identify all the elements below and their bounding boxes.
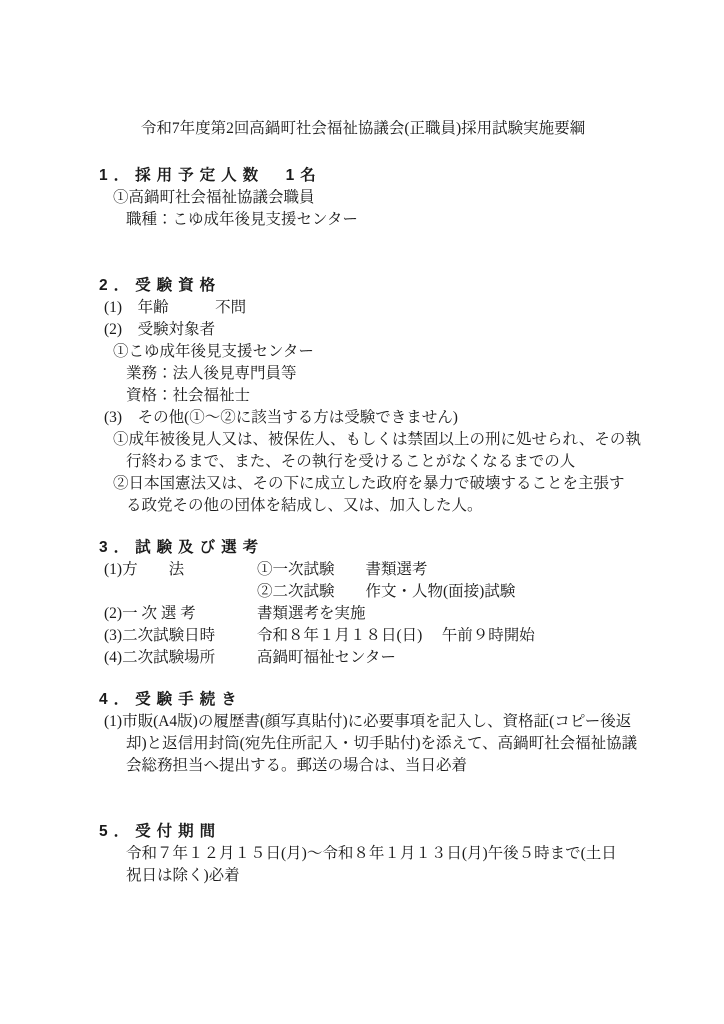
section-1-heading: 1．採用予定人数 1名 [99,165,706,187]
section-eligibility: 2．受験資格 (1) 年齢 不問 (2) 受験対象者 ①こゆ成年後見支援センター… [99,275,706,517]
section-2-heading: 2．受験資格 [99,275,706,297]
text-line: ①成年被後見人又は、被保佐人、もしくは禁固以上の刑に処せられ、その執 [99,429,706,451]
text-line: 行終わるまで、また、その執行を受けることがなくなるまでの人 [99,451,706,473]
exam-row-value: ①一次試験 書類選考 [257,559,428,581]
text-line: ②日本国憲法又は、その下に成立した政府を暴力で破壊することを主張す [99,473,706,495]
text-line: ①こゆ成年後見支援センター [99,341,706,363]
text-line: 令和７年１２月１５日(月)～令和８年１月１３日(月)午後５時まで(土日 [99,843,706,865]
exam-row-label [104,581,257,603]
text-line: (1)市販(A4版)の履歴書(顔写真貼付)に必要事項を記入し、資格証(コピー後返 [99,711,706,733]
exam-row-value: 高鍋町福祉センター [257,647,396,669]
text-line: 業務：法人後見専門員等 [99,363,706,385]
text-line: 職種：こゆ成年後見支援センター [99,209,706,231]
exam-row-label: (3)二次試験日時 [104,625,257,647]
exam-row: (4)二次試験場所 高鍋町福祉センター [99,647,706,669]
exam-row-label: (1)方 法 [104,559,257,581]
document-page: 令和7年度第2回高鍋町社会福祉協議会(正職員)採用試験実施要綱 1．採用予定人数… [0,0,724,1024]
document-title: 令和7年度第2回高鍋町社会福祉協議会(正職員)採用試験実施要綱 [99,118,627,140]
text-line: る政党その他の団体を結成し、又は、加入した人。 [99,495,706,517]
text-line: (1) 年齢 不問 [99,297,706,319]
text-line: 会総務担当へ提出する。郵送の場合は、当日必着 [99,755,706,777]
section-5-heading: 5．受付期間 [99,821,706,843]
exam-row: (3)二次試験日時 令和８年１月１８日(日) 午前９時開始 [99,625,706,647]
exam-row-label: (2)一 次 選 考 [104,603,257,625]
section-application-period: 5．受付期間 令和７年１２月１５日(月)～令和８年１月１３日(月)午後５時まで(… [99,821,706,887]
text-line: ①高鍋町社会福祉協議会職員 [99,187,706,209]
section-exam-selection: 3．試験及び選考 (1)方 法 ①一次試験 書類選考 ②二次試験 作文・人物(面… [99,537,706,669]
text-line: 却)と返信用封筒(宛先住所記入・切手貼付)を添えて、高鍋町社会福祉協議 [99,733,706,755]
section-3-heading: 3．試験及び選考 [99,537,706,559]
exam-row: (1)方 法 ①一次試験 書類選考 [99,559,706,581]
text-line: (3) その他(①～②に該当する方は受験できません) [99,407,706,429]
exam-row: ②二次試験 作文・人物(面接)試験 [99,581,706,603]
section-application-procedure: 4．受験手続き (1)市販(A4版)の履歴書(顔写真貼付)に必要事項を記入し、資… [99,689,706,777]
exam-row-value: ②二次試験 作文・人物(面接)試験 [257,581,515,603]
section-4-heading: 4．受験手続き [99,689,706,711]
exam-row-label: (4)二次試験場所 [104,647,257,669]
text-line: 祝日は除く)必着 [99,865,706,887]
text-line: 資格：社会福祉士 [99,385,706,407]
text-line: (2) 受験対象者 [99,319,706,341]
exam-row-value: 書類選考を実施 [257,603,366,625]
exam-row-value: 令和８年１月１８日(日) 午前９時開始 [257,625,535,647]
exam-row: (2)一 次 選 考 書類選考を実施 [99,603,706,625]
section-recruit-count: 1．採用予定人数 1名 ①高鍋町社会福祉協議会職員 職種：こゆ成年後見支援センタ… [99,165,706,231]
